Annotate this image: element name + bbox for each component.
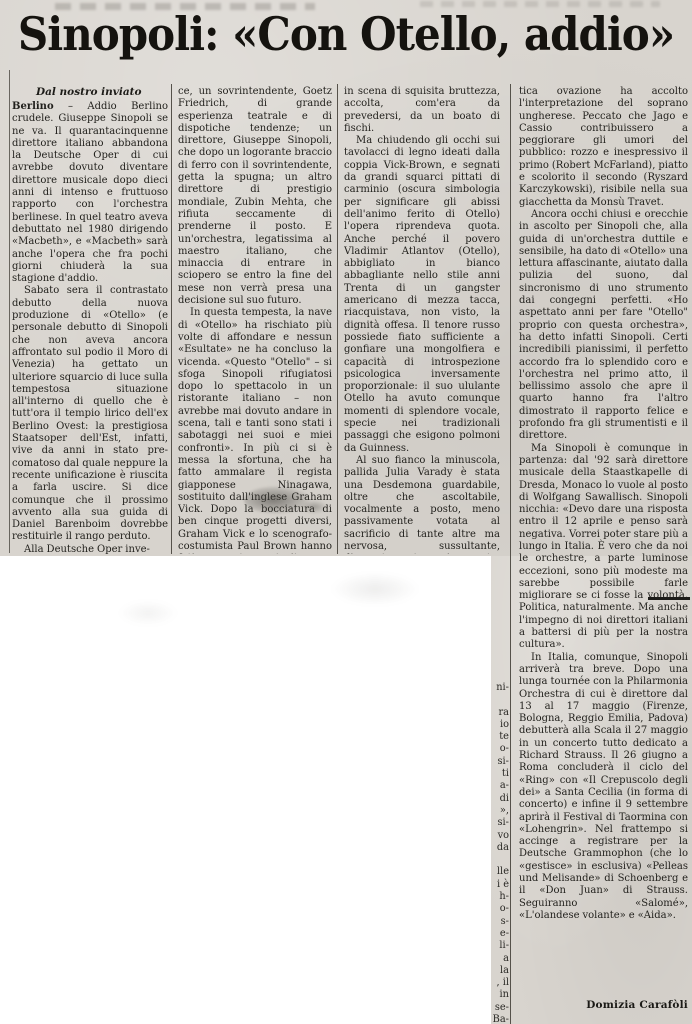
dateline-lead: Berlino [12, 101, 54, 112]
left-edge-rule [9, 70, 10, 553]
paragraph: Alla Deutsche Oper inve- [12, 544, 168, 554]
fragment-line: lle [489, 866, 509, 878]
paragraph: ce, un sovrintendente, Goetz Friedrich, … [178, 86, 332, 307]
fragment-line: si- [489, 756, 509, 768]
fragment-line: h- [489, 891, 509, 903]
article-column-1: Dal nostro inviato Berlino – Addio Berli… [12, 86, 168, 554]
headline: Sinopoli: «Con Otello, addio» [0, 8, 692, 61]
fragment-line: Ba- [489, 1014, 509, 1024]
fragment-line [489, 694, 509, 706]
column-rule-1 [171, 84, 172, 554]
paragraph: In Italia, comunque, Sinopoli arriverà t… [519, 652, 688, 923]
fragment-line: in [489, 989, 509, 1001]
fragment-line: », [489, 805, 509, 817]
fragment-line: e- [489, 928, 509, 940]
fragment-line: o- [489, 743, 509, 755]
fragment-line: vo [489, 830, 509, 842]
paragraph-text: – Addio Berlino crudele. Giuseppe Sinopo… [12, 101, 168, 284]
bleed-through-text [420, 1, 660, 7]
paper-stain [118, 600, 178, 626]
fragment-line: a- [489, 780, 509, 792]
column-rule-2 [337, 84, 338, 554]
paragraph: in scena di squisita bruttezza, accolta,… [344, 86, 500, 135]
paragraph: Ma chiudendo gli occhi sui tavolacci di … [344, 135, 500, 455]
fragment-line: s- [489, 916, 509, 928]
fragment-line: ni- [489, 682, 509, 694]
cutout-dash [648, 597, 690, 600]
paragraph: Berlino – Addio Berlino crudele. Giusepp… [12, 101, 168, 285]
paragraph: Sabato sera il contrastato debutto della… [12, 285, 168, 543]
paragraph: Ma Sinopoli è comunque in partenza: dal … [519, 443, 688, 652]
fragment-line: te [489, 731, 509, 743]
article-column-3: in scena di squisita bruttezza, accolta,… [344, 86, 500, 554]
fragment-line: di [489, 793, 509, 805]
newspaper-clipping-scan: Sinopoli: «Con Otello, addio» Dal nostro… [0, 0, 692, 1024]
ink-smudge [244, 486, 310, 514]
fragment-line: la [489, 965, 509, 977]
paragraph: In questa tempesta, la nave di «Otello» … [178, 307, 332, 554]
paragraph: tica ovazione ha accolto l'interpretazio… [519, 86, 688, 209]
fragment-line: , il [489, 977, 509, 989]
fragment-line: da [489, 842, 509, 854]
article-column-2: ce, un sovrintendente, Goetz Friedrich, … [178, 86, 332, 554]
paragraph: Ancora occhi chiusi e orecchie in ascolt… [519, 209, 688, 443]
paper-stain [330, 572, 420, 606]
fragment-line [489, 854, 509, 866]
kicker: Dal nostro inviato [12, 86, 168, 99]
fragment-line: o- [489, 903, 509, 915]
column-rule-3 [510, 84, 511, 1024]
fragment-line: ti [489, 768, 509, 780]
article-column-4: tica ovazione ha accolto l'interpretazio… [519, 86, 688, 998]
byline: Domizia Carafòli [519, 999, 688, 1011]
paragraph: Al suo fianco la minuscola, pallida Juli… [344, 455, 500, 554]
ink-smudge [300, 500, 328, 514]
fragment-line: ra [489, 707, 509, 719]
fragment-line: a [489, 953, 509, 965]
fragment-line: si- [489, 817, 509, 829]
fragment-line: io [489, 719, 509, 731]
fragment-line: li- [489, 940, 509, 952]
fragment-line: se- [489, 1002, 509, 1014]
fragment-strip: ni- raioteo-si-tia-di»,si-voda llei èh-o… [489, 682, 509, 1024]
fragment-line: i è [489, 879, 509, 891]
